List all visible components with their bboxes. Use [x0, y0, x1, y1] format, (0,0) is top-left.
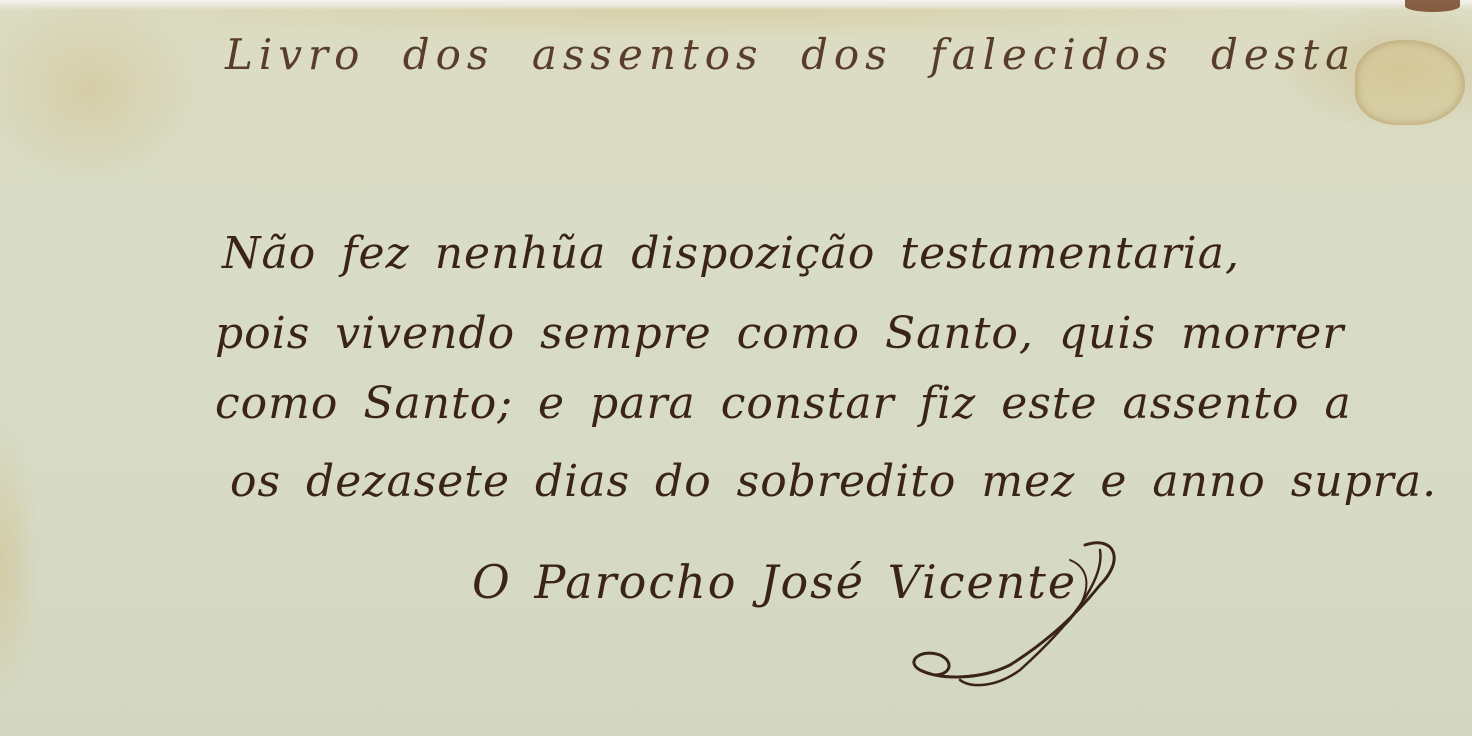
water-stain: [1355, 40, 1465, 125]
signature-flourish-icon: [900, 530, 1130, 700]
entry-line-1: Não fez nenhũa dispozição testamentaria,: [222, 228, 1240, 279]
page-top-edge: [0, 0, 1472, 10]
entry-line-3: como Santo; e para constar fiz este asse…: [215, 378, 1352, 429]
entry-line-2: pois vivendo sempre como Santo, quis mor…: [215, 308, 1344, 359]
document-page: Livro dos assentos dos falecidos desta N…: [0, 0, 1472, 736]
entry-line-4: os dezasete dias do sobredito mez e anno…: [230, 456, 1437, 507]
corner-stain-dark: [1405, 0, 1460, 12]
register-heading: Livro dos assentos dos falecidos desta: [225, 30, 1356, 79]
